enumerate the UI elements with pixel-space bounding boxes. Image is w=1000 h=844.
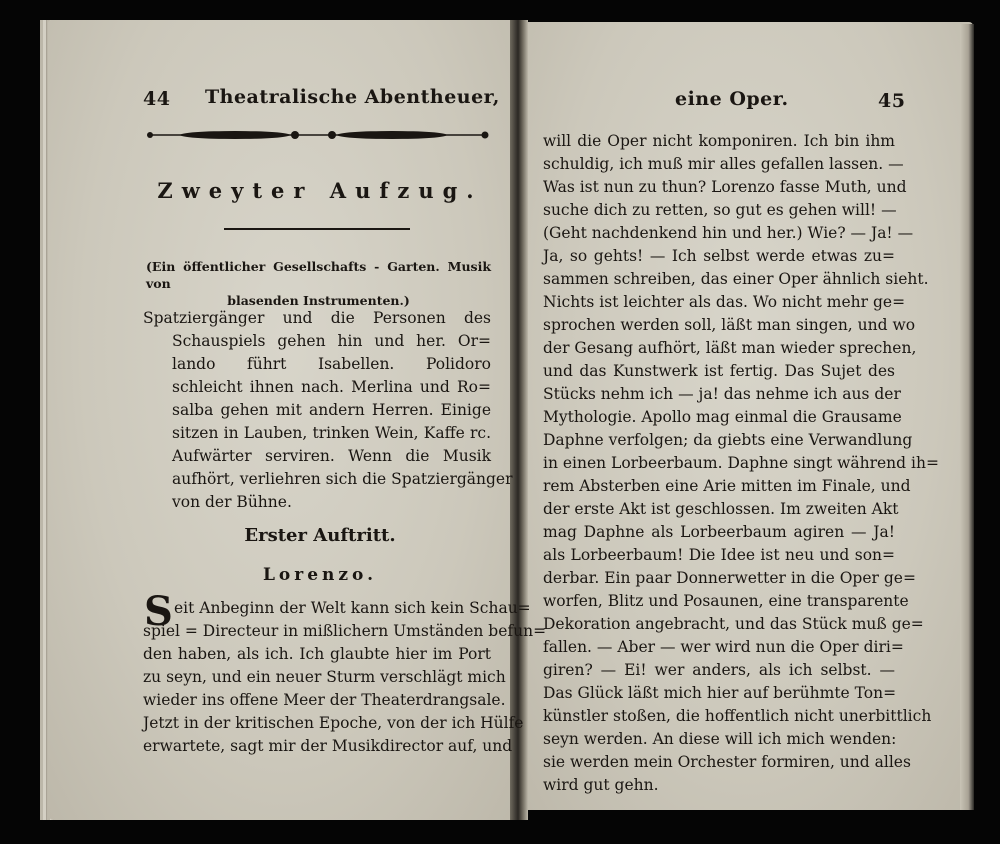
stage-direction: (Ein öffentlicher Gesellschafts - Garten… [146,258,491,309]
stage-direction-line: (Ein öffentlicher Gesellschafts - Garten… [146,258,491,292]
text-line: sprochen werden soll, läßt man singen, u… [543,314,895,336]
text-line: Daphne verfolgen; da giebts eine Verwand… [543,429,895,451]
running-head-left: Theatralische Abentheuer, [205,86,500,108]
scene-title: Erster Auftritt. [140,525,500,546]
text-line: schuldig, ich muß mir alles gefallen las… [543,153,895,175]
page-edges-right [960,24,974,810]
running-head-right: eine Oper. [675,88,789,110]
text-line: will die Oper nicht komponiren. Ich bin … [543,130,895,152]
description-line: Schauspiels gehen hin und her. Or= [172,330,491,352]
description-line: schleicht ihnen nach. Merlina und Ro= [172,376,491,398]
text-line: als Lorbeerbaum! Die Idee ist neu und so… [543,544,895,566]
text-line: Ja, so gehts! — Ich selbst werde etwas z… [543,245,895,267]
text-line: suche dich zu retten, so gut es gehen wi… [543,199,895,221]
open-book: 44 Theatralische Abentheuer, Zweyter Auf… [0,0,1000,844]
text-line: und das Kunstwerk ist fertig. Das Sujet … [543,360,895,382]
text-line: fallen. — Aber — wer wird nun die Oper d… [543,636,895,658]
description-line: sitzen in Lauben, trinken Wein, Kaffe rc… [172,422,491,444]
page-number-left: 44 [143,88,170,110]
divider-rule [224,228,410,230]
text-line: rem Absterben eine Arie mitten im Finale… [543,475,895,497]
speech-line: spiel = Directeur in mißlichern Umstände… [143,620,491,642]
text-line: Was ist nun zu thun? Lorenzo fasse Muth,… [543,176,895,198]
speech-line: zu seyn, und ein neuer Sturm verschlägt … [143,666,491,688]
text-line: worfen, Blitz und Posaunen, eine transpa… [543,590,895,612]
speech-line: erwartete, sagt mir der Musikdirector au… [143,735,491,757]
page-number-right: 45 [878,90,905,112]
description-line: salba gehen mit andern Herren. Einige [172,399,491,421]
text-line: Nichts ist leichter als das. Wo nicht me… [543,291,895,313]
text-line: der Gesang aufhört, läßt man wieder spre… [543,337,895,359]
text-line: sammen schreiben, das einer Oper ähnlich… [543,268,895,290]
speech-line: Jetzt in der kritischen Epoche, von der … [143,712,491,734]
text-line: mag Daphne als Lorbeerbaum agiren — Ja! [543,521,895,543]
speech-line: den haben, als ich. Ich glaubte hier im … [143,643,491,665]
book-gutter [510,20,528,820]
text-line: Das Glück läßt mich hier auf berühmte To… [543,682,895,704]
description-line: aufhört, verliehren sich die Spatziergän… [172,468,491,490]
text-line: Dekoration angebracht, und das Stück muß… [543,613,895,635]
speech-line: eit Anbeginn der Welt kann sich kein Sch… [174,597,491,619]
text-line: wird gut gehn. [543,774,659,796]
description-line: Spatziergänger und die Personen des [143,307,491,329]
description-line: Aufwärter serviren. Wenn die Musik [172,445,491,467]
text-line: Mythologie. Apollo mag einmal die Grausa… [543,406,895,428]
text-line: giren? — Ei! wer anders, als ich selbst.… [543,659,895,681]
text-line: (Geht nachdenkend hin und her.) Wie? — J… [543,222,895,244]
text-line: der erste Akt ist geschlossen. Im zweite… [543,498,895,520]
text-line: seyn werden. An diese will ich mich wend… [543,728,895,750]
ornamental-rule [147,129,489,141]
description-line: lando führt Isabellen. Polidoro [172,353,491,375]
text-line: sie werden mein Orchester formiren, und … [543,751,895,773]
act-title: Zweyter Aufzug. [140,178,500,203]
text-line: künstler stoßen, die hoffentlich nicht u… [543,705,895,727]
text-line: derbar. Ein paar Donnerwetter in die Ope… [543,567,895,589]
description-line: von der Bühne. [172,491,292,513]
speaker-name: Lorenzo. [140,565,500,585]
speech-line: wieder ins offene Meer der Theaterdrangs… [143,689,491,711]
text-line: in einen Lorbeerbaum. Daphne singt währe… [543,452,895,474]
text-line: Stücks nehm ich — ja! das nehme ich aus … [543,383,895,405]
